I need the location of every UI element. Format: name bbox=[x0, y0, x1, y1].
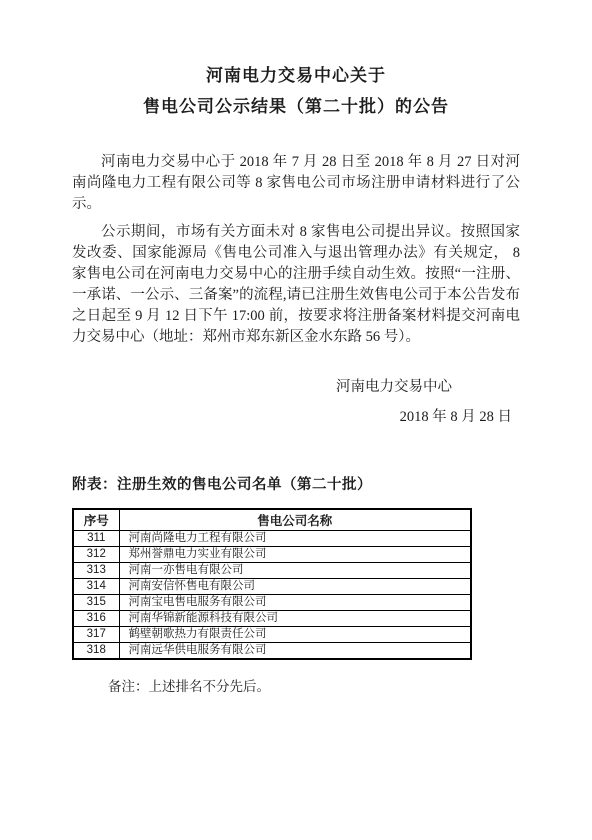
paragraph-registration-result: 公示期间，市场有关方面未对 8 家售电公司提出异议。按照国家发改委、国家能源局《… bbox=[72, 222, 520, 348]
company-name: 河南华锦新能源科技有限公司 bbox=[119, 610, 471, 626]
serial-number: 317 bbox=[73, 626, 119, 642]
document-page: 河南电力交易中心关于 售电公司公示结果（第二十批）的公告 河南电力交易中心于 2… bbox=[0, 0, 592, 840]
column-header-company-name: 售电公司名称 bbox=[119, 509, 471, 530]
serial-number: 318 bbox=[73, 642, 119, 659]
company-name: 郑州誉鼎电力实业有限公司 bbox=[119, 546, 471, 562]
table-row: 317 鹤壁朝歌热力有限责任公司 bbox=[73, 626, 471, 642]
title-line-1: 河南电力交易中心关于 bbox=[72, 60, 520, 91]
column-header-serial: 序号 bbox=[73, 509, 119, 530]
signature-date: 2018 年 8 月 28 日 bbox=[72, 406, 520, 428]
signature-organization: 河南电力交易中心 bbox=[72, 376, 520, 398]
table-row: 316 河南华锦新能源科技有限公司 bbox=[73, 610, 471, 626]
company-table-body: 311 河南尚隆电力工程有限公司 312 郑州誉鼎电力实业有限公司 313 河南… bbox=[73, 530, 471, 659]
serial-number: 314 bbox=[73, 578, 119, 594]
table-header-row: 序号 售电公司名称 bbox=[73, 509, 471, 530]
company-name: 河南一亦售电有限公司 bbox=[119, 562, 471, 578]
company-name: 河南远华供电服务有限公司 bbox=[119, 642, 471, 659]
table-row: 318 河南远华供电服务有限公司 bbox=[73, 642, 471, 659]
company-name: 河南宝电售电服务有限公司 bbox=[119, 594, 471, 610]
serial-number: 313 bbox=[73, 562, 119, 578]
table-row: 313 河南一亦售电有限公司 bbox=[73, 562, 471, 578]
company-table: 序号 售电公司名称 311 河南尚隆电力工程有限公司 312 郑州誉鼎电力实业有… bbox=[72, 508, 472, 660]
serial-number: 315 bbox=[73, 594, 119, 610]
attachment-heading: 附表：注册生效的售电公司名单（第二十批） bbox=[72, 473, 520, 494]
signature-block: 河南电力交易中心 2018 年 8 月 28 日 bbox=[72, 376, 520, 428]
document-title: 河南电力交易中心关于 售电公司公示结果（第二十批）的公告 bbox=[72, 60, 520, 122]
table-row: 314 河南安信怀售电有限公司 bbox=[73, 578, 471, 594]
serial-number: 316 bbox=[73, 610, 119, 626]
document-content: 河南电力交易中心关于 售电公司公示结果（第二十批）的公告 河南电力交易中心于 2… bbox=[0, 0, 592, 697]
company-name: 河南安信怀售电有限公司 bbox=[119, 578, 471, 594]
table-row: 311 河南尚隆电力工程有限公司 bbox=[73, 530, 471, 546]
table-row: 312 郑州誉鼎电力实业有限公司 bbox=[73, 546, 471, 562]
note-remark: 备注：上述排名不分先后。 bbox=[72, 677, 520, 697]
paragraph-public-notice: 河南电力交易中心于 2018 年 7 月 28 日至 2018 年 8 月 27… bbox=[72, 152, 520, 215]
company-name: 鹤壁朝歌热力有限责任公司 bbox=[119, 626, 471, 642]
serial-number: 312 bbox=[73, 546, 119, 562]
serial-number: 311 bbox=[73, 530, 119, 546]
company-name: 河南尚隆电力工程有限公司 bbox=[119, 530, 471, 546]
table-row: 315 河南宝电售电服务有限公司 bbox=[73, 594, 471, 610]
title-line-2: 售电公司公示结果（第二十批）的公告 bbox=[72, 91, 520, 122]
